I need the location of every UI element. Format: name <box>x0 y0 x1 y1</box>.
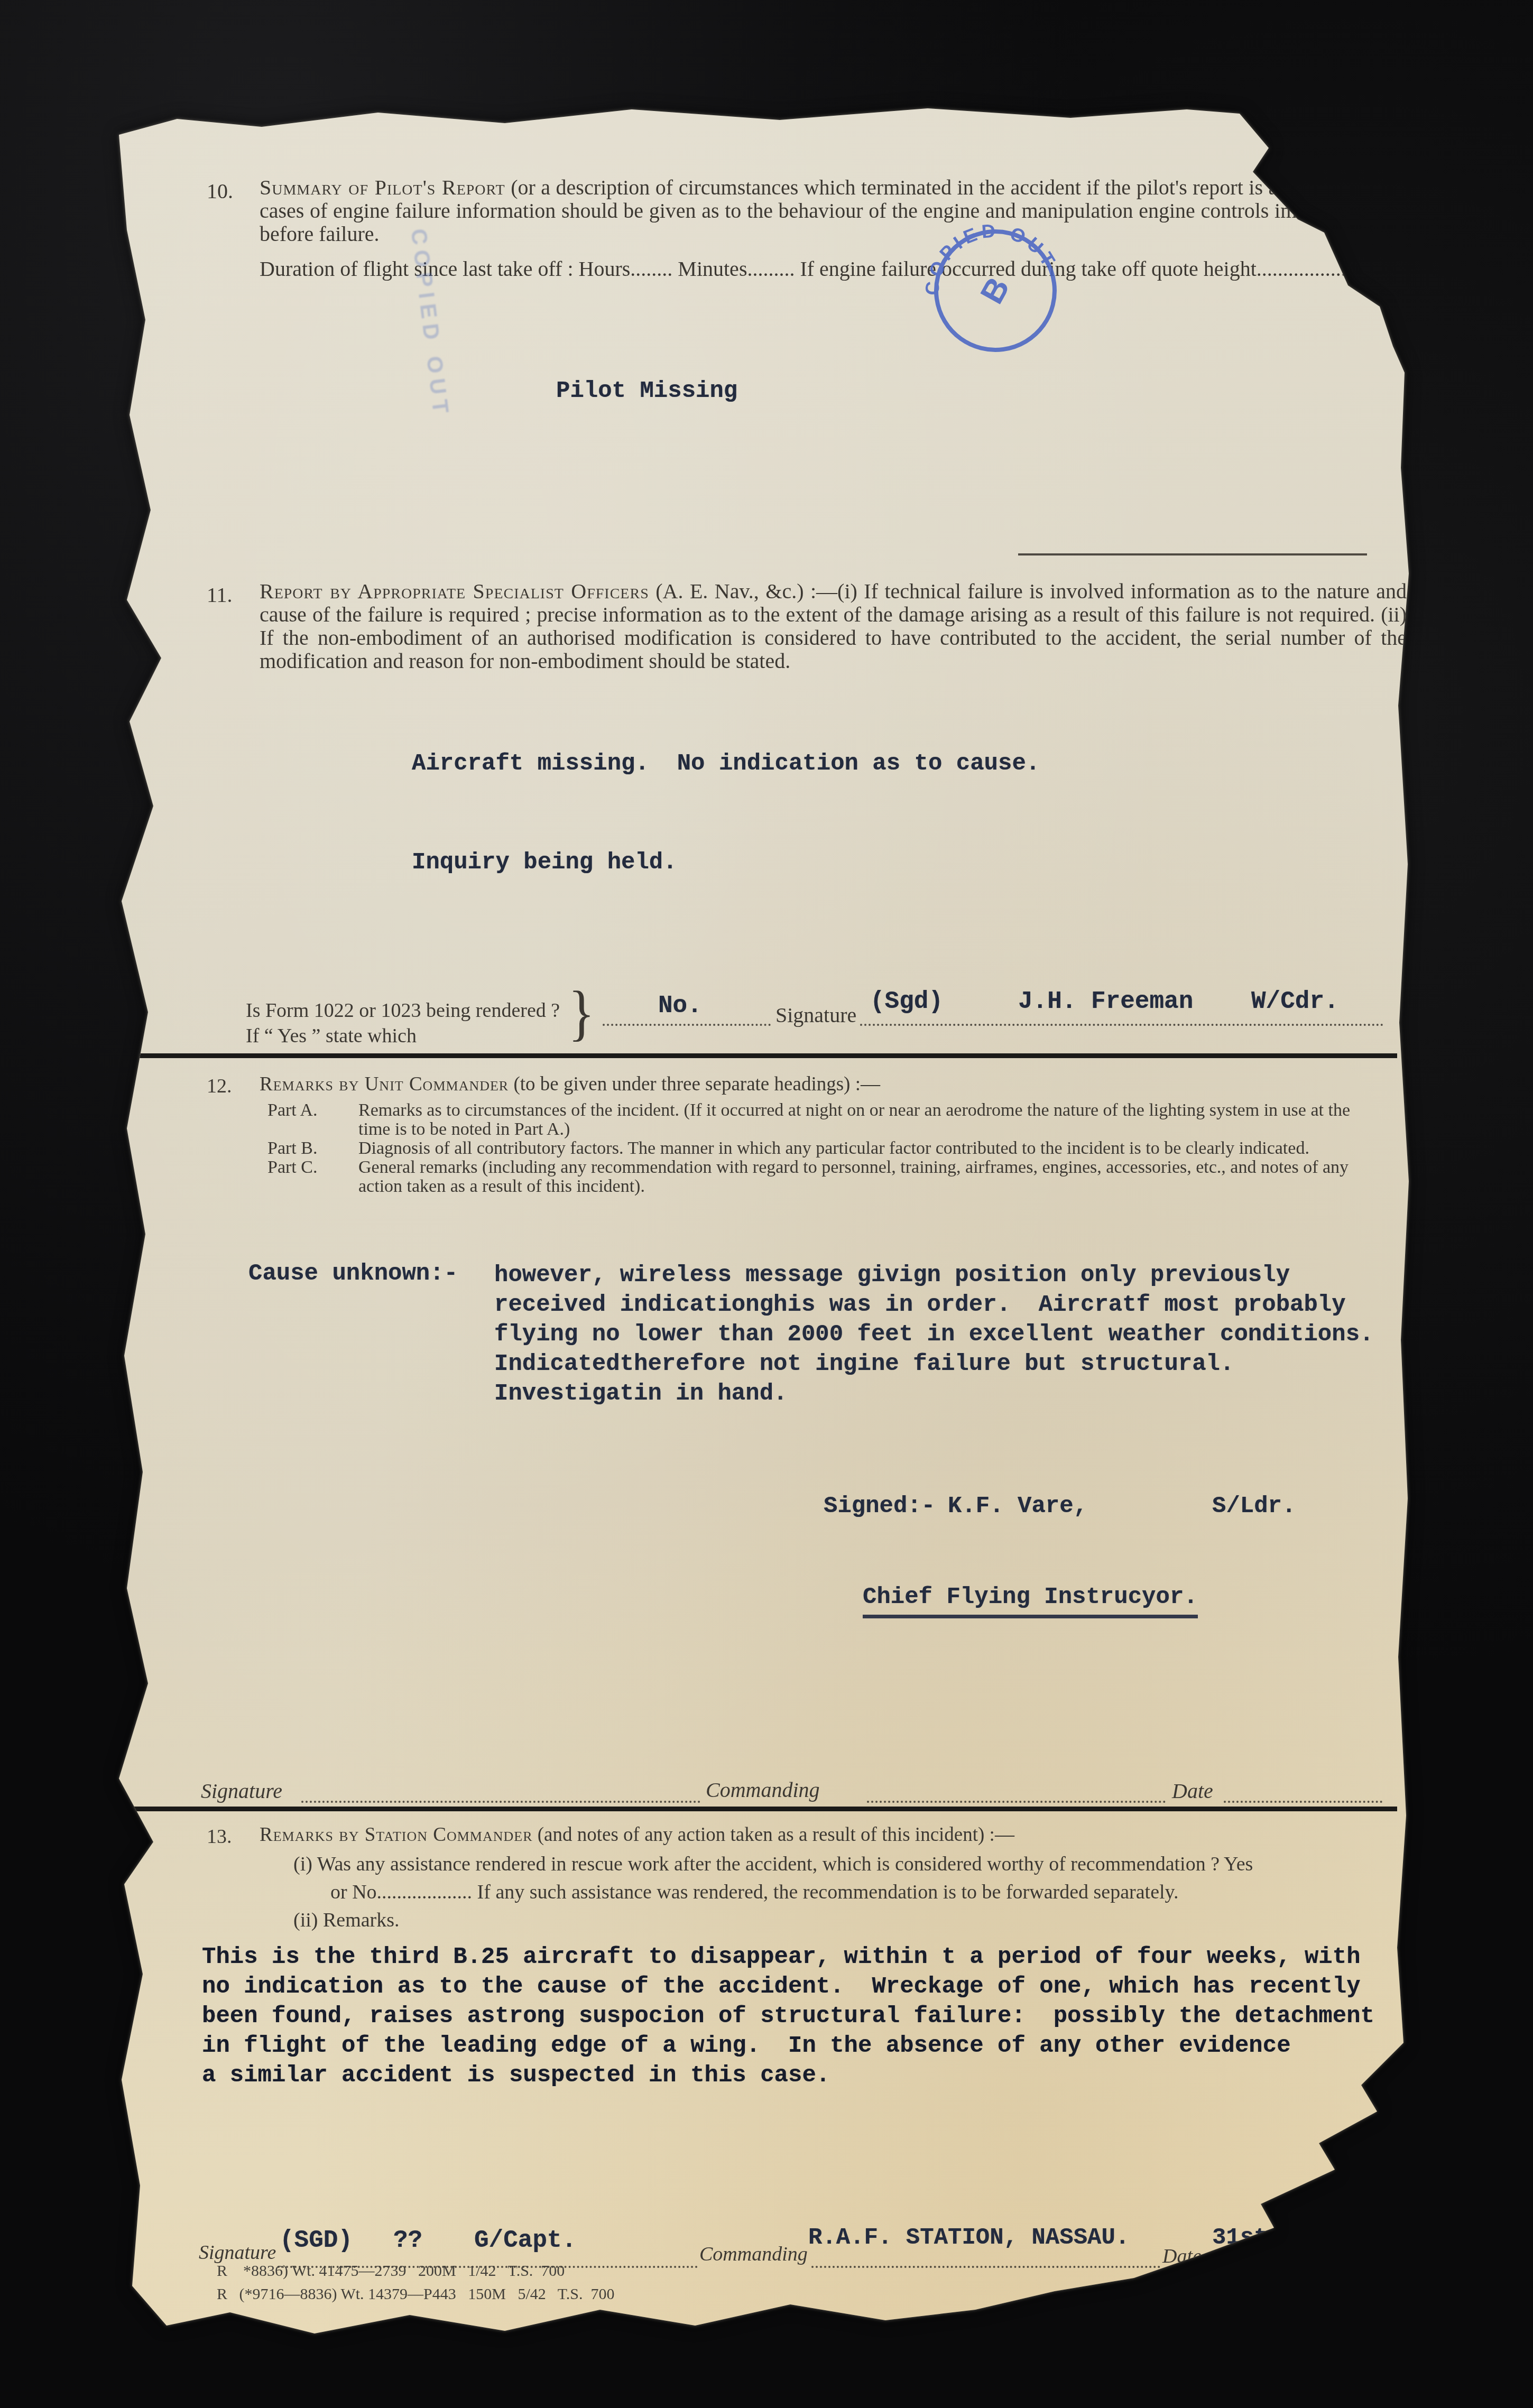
section-12-heading-line: Remarks by Unit Commander (to be given u… <box>260 1073 1396 1096</box>
photo-background: 10. Summary of Pilot's Report (or a desc… <box>0 0 1533 2408</box>
typed-sgd: (SGD) <box>280 2227 353 2254</box>
part-a-label: Part A. <box>267 1101 358 1120</box>
document-sheet: 10. Summary of Pilot's Report (or a desc… <box>103 98 1419 2341</box>
typed-cause-line: Investigatin in hand. <box>494 1379 1373 1409</box>
svg-text:COPIED OUT: COPIED OUT <box>924 219 1067 325</box>
typed-signed-rank: S/Ldr. <box>1212 1493 1296 1520</box>
copied-out-stamp: COPIED OUT B <box>924 219 1067 362</box>
commanding-label: Commanding <box>699 2243 808 2266</box>
answer-line <box>1018 553 1367 555</box>
section-11-paragraph: Report by Appropriate Specialist Officer… <box>260 580 1407 673</box>
section-13-intro: (and notes of any action taken as a resu… <box>538 1824 1014 1846</box>
typed-sgd: (Sgd) <box>870 988 943 1015</box>
footer-print-code-1: R *8836) Wt. 41475—2739 200M 1/42 T.S. 7… <box>217 2262 565 2280</box>
part-b-label: Part B. <box>267 1139 358 1158</box>
dotted-leader <box>301 1773 700 1803</box>
typed-remarks-line: in flight of the leading edge of a wing.… <box>202 2031 1374 2061</box>
section-12-intro: (to be given under three separate headin… <box>513 1073 880 1095</box>
section-13-item-i-line2: or No................... If any such ass… <box>330 1881 1179 1904</box>
typed-date-value: 31st May,,194 <box>1212 2225 1393 2251</box>
section-13-heading: Remarks by Station Commander <box>260 1824 533 1846</box>
form-query-line2: If “ Yes ” state which <box>246 1024 417 1048</box>
date-label: Date <box>1162 2245 1202 2268</box>
torn-paper: 10. Summary of Pilot's Report (or a desc… <box>103 98 1419 2341</box>
typed-cause-line: Indicatedtherefore not ingine failure bu… <box>494 1349 1373 1379</box>
section-12-heading: Remarks by Unit Commander <box>260 1073 509 1095</box>
section-12-number: 12. <box>207 1075 232 1098</box>
section-13-item-ii: (ii) Remarks. <box>293 1909 400 1932</box>
section-12-parts: Part A. Remarks as to circumstances of t… <box>267 1101 1386 1196</box>
part-c-text: General remarks (including any recommend… <box>358 1158 1386 1196</box>
part-a-row: Part A. Remarks as to circumstances of t… <box>267 1101 1386 1139</box>
date-label: Date <box>1172 1779 1213 1803</box>
signature-label: Signature <box>201 1779 282 1803</box>
part-a-text: Remarks as to circumstances of the incid… <box>358 1101 1386 1139</box>
signature-label: Signature <box>775 1003 856 1027</box>
commanding-label: Commanding <box>706 1777 820 1802</box>
form-query-brace: } <box>568 978 595 1048</box>
typed-inquiry-held: Inquiry being held. <box>412 849 677 876</box>
typed-no-answer: No. <box>658 992 702 1020</box>
typed-aircraft-missing: Aircraft missing. No indication as to ca… <box>412 751 1040 777</box>
typed-cause-paragraph: however, wireless message givign positio… <box>494 1261 1373 1409</box>
form-query-line1: Is Form 1022 or 1023 being rendered ? <box>246 999 560 1022</box>
stamp-arc-text: COPIED OUT <box>924 219 1067 325</box>
dotted-leader <box>1213 2238 1388 2268</box>
horizontal-rule <box>107 1053 1397 1058</box>
typed-chief-flying-instructor: Chief Flying Instrucyor. <box>863 1584 1198 1618</box>
section-11-heading: Report by Appropriate Specialist Officer… <box>260 579 649 603</box>
typed-cause-line: however, wireless message givign positio… <box>494 1261 1373 1290</box>
typed-raf-station-nassau: R.A.F. STATION, NASSAU. <box>808 2225 1129 2251</box>
typed-cause-label: Cause unknown:- <box>248 1261 458 1287</box>
dotted-leader <box>867 1773 1166 1803</box>
typed-pilot-missing: Pilot Missing <box>556 378 737 404</box>
stamp-center-letter: B <box>974 271 1017 310</box>
typed-query-marks: ?? <box>393 2227 422 2254</box>
typed-freeman-name: J.H. Freeman <box>1018 988 1193 1015</box>
part-c-row: Part C. General remarks (including any r… <box>267 1158 1386 1196</box>
typed-cause-line: flying no lower than 2000 feet in excell… <box>494 1320 1373 1349</box>
typed-wcdr-rank: W/Cdr. <box>1251 988 1339 1015</box>
typed-remarks-line: been found, raises astrong suspocion of … <box>202 2002 1374 2031</box>
part-b-text: Diagnosis of all contributory factors. T… <box>358 1139 1386 1158</box>
section-10-heading: Summary of Pilot's Report <box>260 175 505 199</box>
section-11-number: 11. <box>207 582 233 607</box>
section-13-item-i-line1: (i) Was any assistance rendered in rescu… <box>293 1853 1253 1876</box>
horizontal-rule <box>107 1807 1397 1811</box>
footer-print-code-2: R (*9716—8836) Wt. 14379—P443 150M 5/42 … <box>217 2285 615 2303</box>
section-13-heading-line: Remarks by Station Commander (and notes … <box>260 1823 1401 1846</box>
dotted-leader <box>1224 1773 1382 1803</box>
part-c-label: Part C. <box>267 1158 358 1177</box>
typed-remarks-line: a similar accident is suspected in this … <box>202 2061 1374 2090</box>
typed-gcapt-rank: G/Capt. <box>474 2227 576 2254</box>
typed-remarks-paragraph: This is the third B.25 aircraft to disap… <box>202 1942 1374 2090</box>
typed-cause-line: received indicationghis was in order. Ai… <box>494 1290 1373 1320</box>
typed-signed-name: K.F. Vare, <box>948 1493 1087 1520</box>
signature-label: Signature <box>199 2241 276 2264</box>
typed-remarks-line: This is the third B.25 aircraft to disap… <box>202 1942 1374 1972</box>
part-b-row: Part B. Diagnosis of all contributory fa… <box>267 1139 1386 1158</box>
typed-signed-label: Signed:- <box>824 1493 935 1520</box>
section-13-number: 13. <box>207 1825 232 1848</box>
section-10-number: 10. <box>207 179 233 203</box>
typed-remarks-line: no indication as to the cause of the acc… <box>202 1972 1374 2002</box>
